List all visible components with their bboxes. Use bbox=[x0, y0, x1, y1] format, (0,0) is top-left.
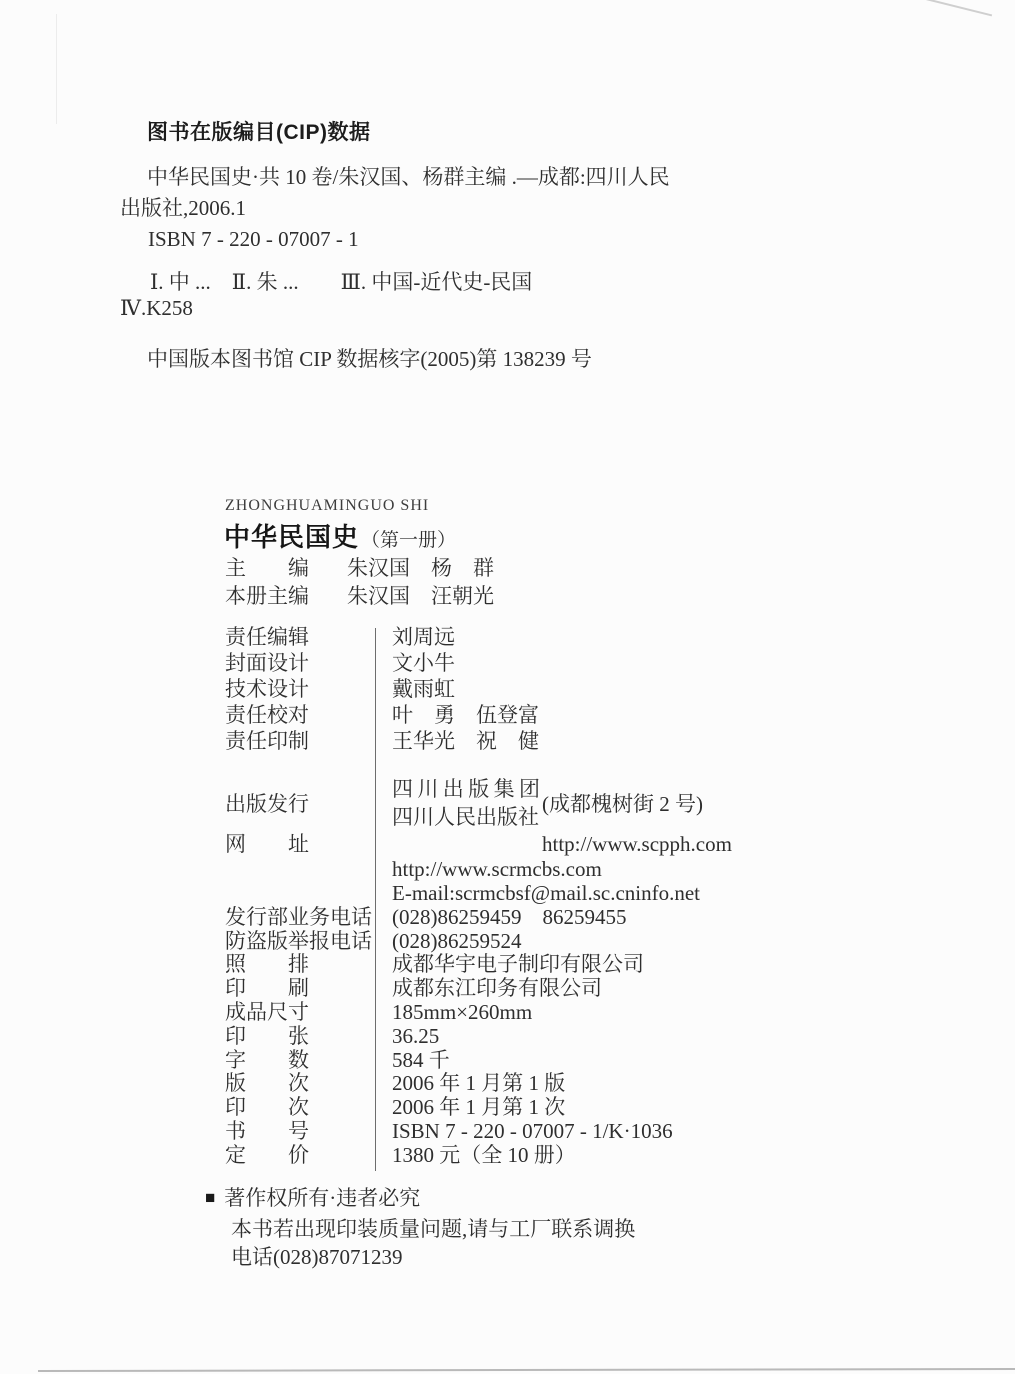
cip-entry: 中华民国史·共 10 卷/朱汉国、杨群主编 .—成都:四川人民出版社,2006.… bbox=[120, 162, 670, 224]
cip-classification-line2: Ⅳ.K258 bbox=[120, 296, 193, 321]
square-bullet-icon: ■ bbox=[205, 1188, 215, 1207]
volume-editor-line: 本册主编朱汉国 汪朝光 bbox=[225, 580, 494, 610]
scan-artifact-bottom bbox=[38, 1368, 1015, 1372]
scan-artifact-left bbox=[56, 14, 57, 124]
cip-isbn: ISBN 7 - 220 - 07007 - 1 bbox=[148, 227, 359, 252]
info-row: 成品尺寸 185mm×260mm bbox=[225, 1001, 825, 1025]
website-url-2: http://www.scrmcbs.com bbox=[225, 857, 825, 882]
staff-value: 文小牛 bbox=[375, 650, 455, 676]
publisher-value: 四川出版集团 四川人民出版社 (成都槐树街 2 号) bbox=[375, 775, 703, 831]
info-value: 2006 年 1 月第 1 次 bbox=[375, 1096, 565, 1120]
info-label: 发行部业务电话 bbox=[225, 906, 375, 930]
publisher-address: (成都槐树街 2 号) bbox=[542, 788, 703, 818]
volume-editor-label: 本册主编 bbox=[225, 584, 309, 608]
staff-label: 责任印制 bbox=[225, 728, 375, 754]
staff-row: 封面设计 文小牛 bbox=[225, 650, 825, 676]
info-row: 印 张 36.25 bbox=[225, 1025, 825, 1049]
info-row: 定 价 1380 元（全 10 册） bbox=[225, 1144, 825, 1168]
info-row: 照 排 成都华宇电子制印有限公司 bbox=[225, 953, 825, 977]
vertical-divider bbox=[375, 628, 376, 1171]
cip-record-number: 中国版本图书馆 CIP 数据核字(2005)第 138239 号 bbox=[147, 343, 592, 373]
info-row: 字 数 584 千 bbox=[225, 1049, 825, 1073]
info-row: 书 号 ISBN 7 - 220 - 07007 - 1/K·1036 bbox=[225, 1120, 825, 1144]
copyright-notice: ■著作权所有·违者必究 本书若出现印装质量问题,请与工厂联系调换 电话(028)… bbox=[205, 1184, 635, 1272]
colophon-table: 责任编辑 刘周远 封面设计 文小牛 技术设计 戴雨虹 责任校对 叶 勇 伍登富 … bbox=[225, 624, 825, 1168]
title-line: 中华民国史（第一册） bbox=[224, 517, 456, 554]
website-email: E-mail:scrmcbsf@mail.sc.cninfo.net bbox=[225, 881, 825, 906]
staff-label: 责任校对 bbox=[225, 702, 375, 728]
staff-row: 责任编辑 刘周远 bbox=[225, 624, 825, 650]
publisher-names: 四川出版集团 四川人民出版社 bbox=[392, 775, 540, 831]
info-row: 印 次 2006 年 1 月第 1 次 bbox=[225, 1096, 825, 1120]
publisher-label: 出版发行 bbox=[225, 788, 375, 818]
volume-label: （第一册） bbox=[361, 530, 456, 551]
info-label: 字 数 bbox=[225, 1049, 375, 1073]
staff-row: 责任印制 王华光 祝 健 bbox=[225, 728, 825, 754]
book-title: 中华民国史 bbox=[224, 522, 359, 552]
info-value: (028)86259459 86259455 bbox=[375, 906, 627, 930]
info-value: 584 千 bbox=[375, 1049, 450, 1073]
website-url-1: http://www.scpph.com bbox=[375, 832, 732, 857]
info-label: 印 刷 bbox=[225, 977, 375, 1001]
info-value: 2006 年 1 月第 1 版 bbox=[375, 1072, 565, 1096]
website-row: 网 址 http://www.scpph.com bbox=[225, 832, 825, 857]
info-label: 定 价 bbox=[225, 1144, 375, 1168]
copyright-text: 著作权所有·违者必究 bbox=[224, 1186, 420, 1210]
staff-label: 责任编辑 bbox=[225, 624, 375, 650]
info-label: 版 次 bbox=[225, 1072, 375, 1096]
cip-heading: 图书在版编目(CIP)数据 bbox=[147, 116, 371, 146]
info-label: 防盗版举报电话 bbox=[225, 930, 375, 954]
info-value: (028)86259524 bbox=[375, 930, 522, 954]
info-label: 印 次 bbox=[225, 1096, 375, 1120]
publisher-row: 出版发行 四川出版集团 四川人民出版社 (成都槐树街 2 号) bbox=[225, 774, 825, 832]
info-label: 印 张 bbox=[225, 1025, 375, 1049]
info-value: 1380 元（全 10 册） bbox=[375, 1144, 576, 1168]
website-label: 网 址 bbox=[225, 832, 375, 857]
scan-artifact-corner bbox=[924, 0, 992, 16]
chief-editor-names: 朱汉国 杨 群 bbox=[330, 556, 494, 580]
info-value: 成都华宇电子制印有限公司 bbox=[375, 953, 644, 977]
chief-editor-label: 主 编 bbox=[225, 556, 309, 580]
staff-label: 技术设计 bbox=[225, 676, 375, 702]
volume-editor-names: 朱汉国 汪朝光 bbox=[330, 584, 494, 608]
contact-phone: 电话(028)87071239 bbox=[231, 1243, 635, 1272]
info-label: 成品尺寸 bbox=[225, 1001, 375, 1025]
romanized-title: ZHONGHUAMINGUO SHI bbox=[225, 497, 429, 515]
quality-notice: 本书若出现印装质量问题,请与工厂联系调换 bbox=[231, 1215, 635, 1244]
copyright-page: 图书在版编目(CIP)数据 中华民国史·共 10 卷/朱汉国、杨群主编 .—成都… bbox=[0, 0, 1015, 1374]
staff-value: 叶 勇 伍登富 bbox=[375, 702, 539, 728]
spacer bbox=[225, 754, 825, 774]
info-row: 发行部业务电话 (028)86259459 86259455 bbox=[225, 906, 825, 930]
info-value: 36.25 bbox=[375, 1025, 439, 1049]
info-row: 版 次 2006 年 1 月第 1 版 bbox=[225, 1072, 825, 1096]
info-label: 照 排 bbox=[225, 953, 375, 977]
info-label: 书 号 bbox=[225, 1120, 375, 1144]
staff-row: 技术设计 戴雨虹 bbox=[225, 676, 825, 702]
cip-classification-line1: Ⅰ. 中 ... Ⅱ. 朱 ... Ⅲ. 中国-近代史-民国 bbox=[150, 266, 532, 296]
info-row: 防盗版举报电话 (028)86259524 bbox=[225, 930, 825, 954]
staff-label: 封面设计 bbox=[225, 650, 375, 676]
staff-value: 刘周远 bbox=[375, 624, 455, 650]
staff-value: 王华光 祝 健 bbox=[375, 728, 539, 754]
staff-row: 责任校对 叶 勇 伍登富 bbox=[225, 702, 825, 728]
publisher-press: 四川人民出版社 bbox=[392, 805, 539, 829]
staff-value: 戴雨虹 bbox=[375, 676, 455, 702]
info-value: ISBN 7 - 220 - 07007 - 1/K·1036 bbox=[375, 1120, 673, 1144]
publisher-group: 四川出版集团 bbox=[392, 775, 540, 803]
info-value: 185mm×260mm bbox=[375, 1001, 532, 1025]
chief-editor-line: 主 编朱汉国 杨 群 bbox=[225, 552, 494, 582]
copyright-line: ■著作权所有·违者必究 bbox=[205, 1184, 635, 1215]
info-value: 成都东江印务有限公司 bbox=[375, 977, 602, 1001]
info-row: 印 刷 成都东江印务有限公司 bbox=[225, 977, 825, 1001]
